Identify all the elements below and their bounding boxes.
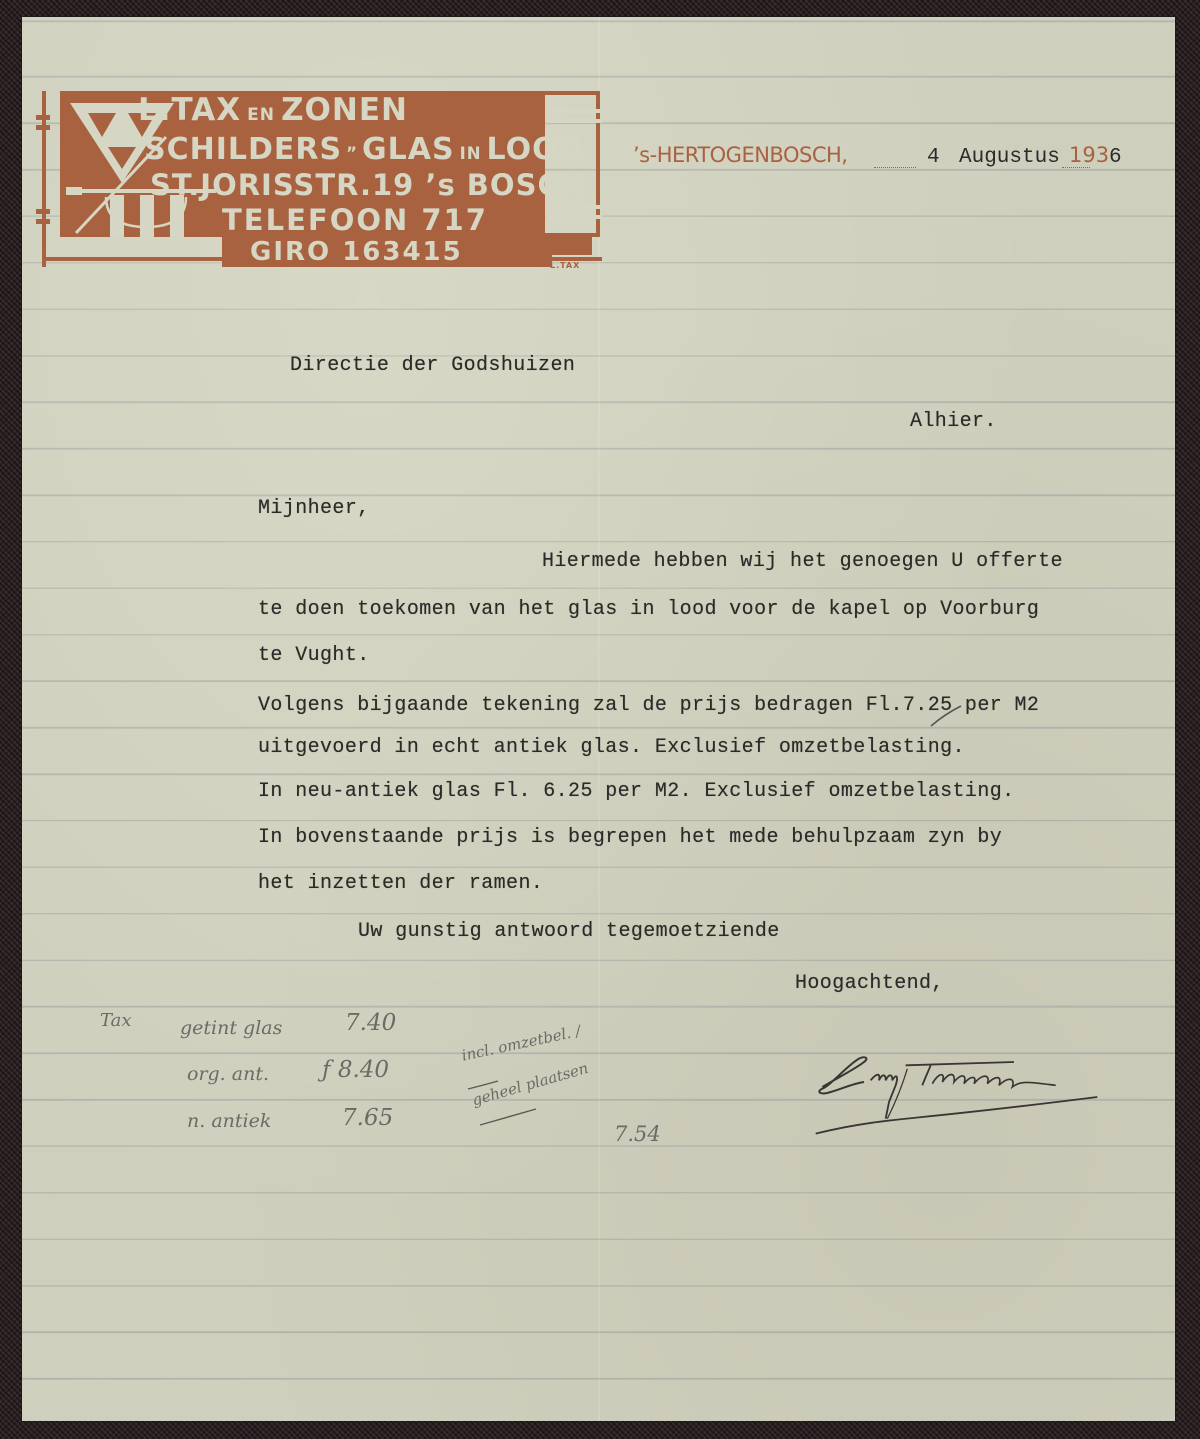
handnote-item: getint glas xyxy=(180,1017,282,1039)
body-line: te doen toekomen van het glas in lood vo… xyxy=(258,598,1039,621)
letterhead-stripe xyxy=(546,109,602,113)
letterhead-stripe xyxy=(546,119,602,123)
dateline-place: ’s-HERTOGENBOSCH, xyxy=(633,143,847,167)
valediction: Hoogachtend, xyxy=(795,972,944,995)
recipient-location: Alhier. xyxy=(910,410,997,433)
trade-painters: SCHILDERS xyxy=(144,132,342,167)
dateline-dots xyxy=(1062,167,1090,168)
handnote-price: 7.40 xyxy=(345,1010,396,1036)
dateline-year-printed: 193 xyxy=(1069,143,1109,167)
trade-connector: ” xyxy=(346,144,358,163)
body-line: Volgens bijgaande tekening zal de prijs … xyxy=(258,694,1039,717)
handnote-total: 7.54 xyxy=(614,1122,661,1146)
body-line: In bovenstaande prijs is begrepen het me… xyxy=(258,826,1002,849)
letterhead-telephone: TELEFOON 717 xyxy=(222,206,488,235)
handwritten-signature-icon xyxy=(784,1052,1144,1152)
letterhead-address: ST.JORISSTR.19 ’s BOSCH xyxy=(150,171,585,200)
company-name-connector: EN xyxy=(247,105,275,125)
pencil-tick-mark-icon xyxy=(927,700,967,730)
letterhead-stripe xyxy=(546,205,602,209)
letterhead-maker-mark: L.TAX xyxy=(550,261,580,270)
dateline-dots xyxy=(874,167,916,168)
body-line: het inzetten der ramen. xyxy=(258,872,543,895)
dateline-year-typed: 6 xyxy=(1109,146,1122,169)
body-line: Hiermede hebben wij het genoegen U offer… xyxy=(542,550,1063,573)
handnote-item: n. antiek xyxy=(187,1110,271,1132)
letterhead-tick xyxy=(36,115,50,120)
letterhead-tick xyxy=(36,125,50,130)
letterhead-tick xyxy=(36,209,50,214)
trade-lead: LOOD xyxy=(487,132,585,167)
salutation: Mijnheer, xyxy=(258,497,370,520)
body-line: uitgevoerd in echt antiek glas. Exclusie… xyxy=(258,736,965,759)
dateline-month: Augustus xyxy=(959,146,1060,169)
letter-paper: L.TAXENZONEN SCHILDERS”GLASINLOOD ST.JOR… xyxy=(22,17,1175,1421)
trade-in: IN xyxy=(460,144,482,163)
body-line: te Vught. xyxy=(258,644,370,667)
letterhead: L.TAXENZONEN SCHILDERS”GLASINLOOD ST.JOR… xyxy=(42,91,604,267)
company-name-end: ZONEN xyxy=(281,92,408,128)
pencil-underline-icon xyxy=(462,1057,572,1127)
handnote-label: Tax xyxy=(100,1010,132,1031)
dateline-day: 4 xyxy=(927,146,940,169)
body-line: In neu-antiek glas Fl. 6.25 per M2. Excl… xyxy=(258,780,1015,803)
recipient-name: Directie der Godshuizen xyxy=(290,354,575,377)
handnote-item: org. ant. xyxy=(187,1063,269,1085)
handnote-price: 7.65 xyxy=(342,1105,393,1131)
letterhead-trade: SCHILDERS”GLASINLOOD xyxy=(144,135,584,165)
letterhead-tick xyxy=(36,219,50,224)
letterhead-stripe xyxy=(546,215,602,219)
letterhead-giro: GIRO 163415 xyxy=(250,239,463,265)
letterhead-step xyxy=(522,237,592,255)
letterhead-company-name: L.TAXENZONEN xyxy=(138,95,408,126)
closing-line: Uw gunstig antwoord tegemoetziende xyxy=(358,920,780,943)
company-name-main: L.TAX xyxy=(138,92,241,128)
handnote-price: ƒ 8.40 xyxy=(322,1057,389,1083)
trade-glass: GLAS xyxy=(362,132,455,167)
